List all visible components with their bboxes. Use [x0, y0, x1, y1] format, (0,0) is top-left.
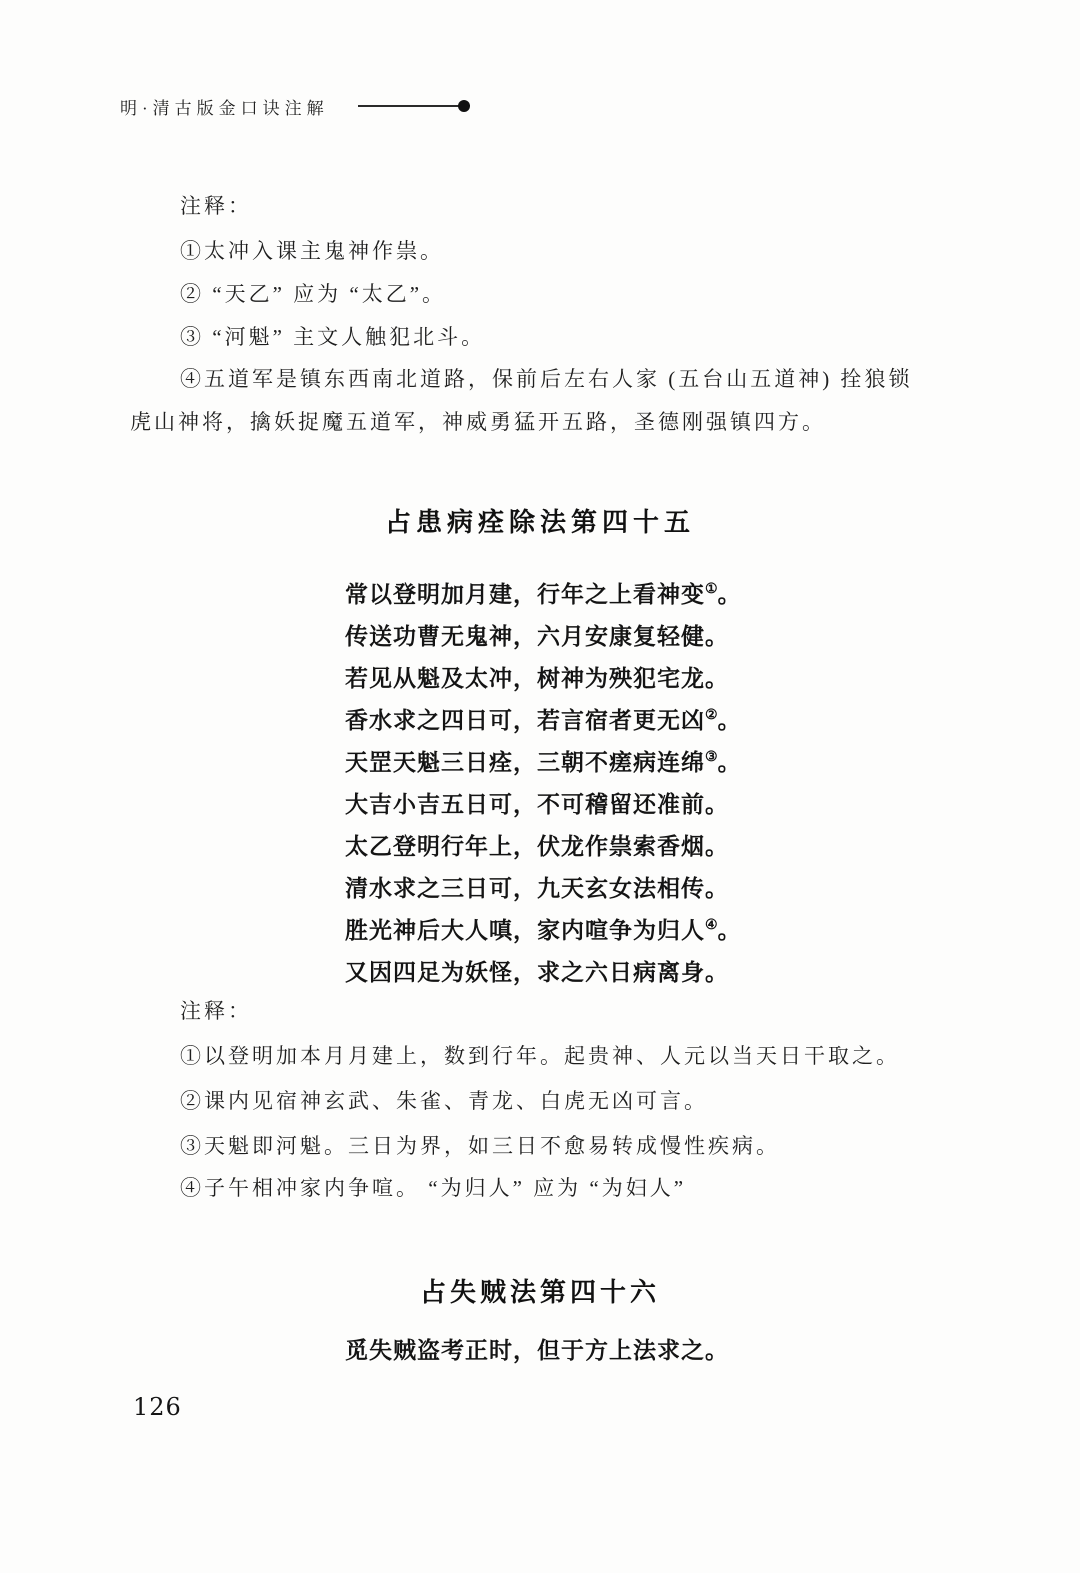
verse-text: 若见从魁及太冲，树神为殃犯宅龙。 [345, 665, 729, 691]
running-head-title: 明·清古版金口诀注解 [120, 94, 329, 119]
running-head-dot-icon [458, 100, 470, 112]
verse-line-9: 胜光神后大人嗔，家内喧争为归人④。 [345, 912, 742, 945]
verse-end: 。 [718, 917, 742, 943]
scanned-book-page: { "header": { "book_title": "明·清古版金口诀注解"… [0, 0, 1080, 1573]
note-line-4a: ④五道军是镇东西南北道路，保前后左右人家 (五台山五道神) 拴狼锁 [180, 363, 912, 393]
bottom-note-line-2: ②课内见宿神玄武、朱雀、青龙、白虎无凶可言。 [180, 1085, 708, 1115]
verse-end: 。 [718, 581, 742, 607]
note-line-2: ② “天乙” 应为 “太乙”。 [180, 278, 446, 308]
running-head-rule [358, 105, 460, 107]
verse-end: 。 [718, 749, 742, 775]
section-46-title: 占失贼法第四十六 [0, 1272, 1080, 1309]
verse-line-10: 又因四足为妖怪，求之六日病离身。 [345, 954, 729, 987]
bottom-note-line-3: ③天魁即河魁。三日为界，如三日不愈易转成慢性疾病。 [180, 1130, 780, 1160]
verse-line-2: 传送功曹无鬼神，六月安康复轻健。 [345, 618, 729, 651]
verse-line-1: 常以登明加月建，行年之上看神变①。 [345, 576, 742, 609]
verse-line-4: 香水求之四日可，若言宿者更无凶②。 [345, 702, 742, 735]
note-line-4b: 虎山神将，擒妖捉魔五道军，神威勇猛开五路，圣德刚强镇四方。 [130, 406, 826, 436]
verse-text: 太乙登明行年上，伏龙作祟索香烟。 [345, 833, 729, 859]
note-line-1: ①太冲入课主鬼神作祟。 [180, 235, 444, 265]
verse-end: 。 [718, 707, 742, 733]
footnote-ref-4: ④ [705, 916, 718, 932]
verse-text: 天罡天魁三日痊，三朝不瘥病连绵 [345, 749, 705, 775]
verse-text: 常以登明加月建，行年之上看神变 [345, 581, 705, 607]
verse-line-5: 天罡天魁三日痊，三朝不瘥病连绵③。 [345, 744, 742, 777]
verse-line-8: 清水求之三日可，九天玄女法相传。 [345, 870, 729, 903]
verse-text: 香水求之四日可，若言宿者更无凶 [345, 707, 705, 733]
page-number: 126 [133, 1393, 182, 1421]
verse-text: 大吉小吉五日可，不可稽留还准前。 [345, 791, 729, 817]
bottom-note-line-1: ①以登明加本月月建上，数到行年。起贵神、人元以当天日干取之。 [180, 1040, 900, 1070]
verse-line-6: 大吉小吉五日可，不可稽留还准前。 [345, 786, 729, 819]
verse-line-3: 若见从魁及太冲，树神为殃犯宅龙。 [345, 660, 729, 693]
footnote-ref-3: ③ [705, 748, 718, 764]
verse-text: 又因四足为妖怪，求之六日病离身。 [345, 959, 729, 985]
verse-line-7: 太乙登明行年上，伏龙作祟索香烟。 [345, 828, 729, 861]
footnote-ref-1: ① [705, 580, 718, 596]
verse-text: 传送功曹无鬼神，六月安康复轻健。 [345, 623, 729, 649]
notes-bottom-label: 注释： [180, 995, 252, 1025]
footnote-ref-2: ② [705, 706, 718, 722]
verse-text: 胜光神后大人嗔，家内喧争为归人 [345, 917, 705, 943]
section-45-title: 占患病痊除法第四十五 [0, 502, 1080, 539]
notes-top-label: 注释： [180, 190, 252, 220]
bottom-note-line-4: ④子午相冲家内争喧。 “为归人” 应为 “为妇人” [180, 1172, 686, 1202]
section-46-verse-line: 觅失贼盗考正时，但于方上法求之。 [345, 1332, 729, 1365]
note-line-3: ③ “河魁” 主文人触犯北斗。 [180, 321, 485, 351]
verse-text: 清水求之三日可，九天玄女法相传。 [345, 875, 729, 901]
